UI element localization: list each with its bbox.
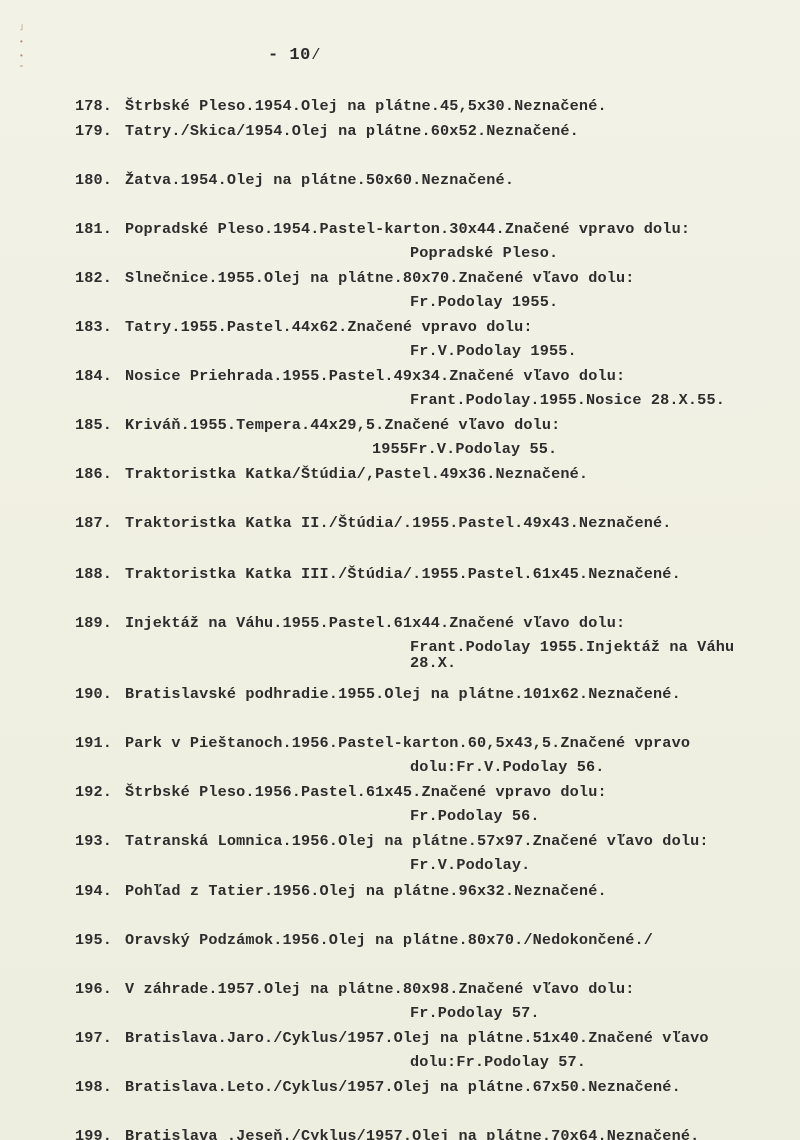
- catalog-entry: 179.Tatry./Skica/1954.Olej na plátne.60x…: [75, 122, 579, 140]
- catalog-entry: 180.Žatva.1954.Olej na plátne.50x60.Nezn…: [75, 171, 514, 189]
- entry-number: 178.: [75, 97, 125, 115]
- entry-signature: Frant.Podolay 1955.Injektáž na Váhu: [410, 638, 734, 656]
- entry-text: Popradské Pleso.1954.Pastel-karton.30x44…: [125, 220, 690, 238]
- catalog-entry: 195.Oravský Podzámok.1956.Olej na plátne…: [75, 931, 653, 949]
- catalog-entry: 197.Bratislava.Jaro./Cyklus/1957.Olej na…: [75, 1029, 709, 1047]
- entry-signature-continued: 28.X.: [410, 654, 456, 672]
- entry-text: Traktoristka Katka II./Štúdia/.1955.Past…: [125, 514, 672, 532]
- margin-mark: ˩: [19, 22, 25, 36]
- entry-number: 190.: [75, 685, 125, 703]
- entry-number: 181.: [75, 220, 125, 238]
- entry-signature: Fr.Podolay 1955.: [410, 293, 558, 311]
- catalog-entry: 199.Bratislava .Jeseň./Cyklus/1957.Olej …: [75, 1127, 699, 1140]
- catalog-entry: 181.Popradské Pleso.1954.Pastel-karton.3…: [75, 220, 690, 238]
- entry-text: Oravský Podzámok.1956.Olej na plátne.80x…: [125, 931, 653, 949]
- entry-text: Tatry./Skica/1954.Olej na plátne.60x52.N…: [125, 122, 579, 140]
- entry-signature: dolu:Fr.V.Podolay 56.: [410, 758, 605, 776]
- entry-number: 180.: [75, 171, 125, 189]
- entry-text: Kriváň.1955.Tempera.44x29,5.Značené vľav…: [125, 416, 560, 434]
- page-number: - 10⁄: [268, 46, 322, 65]
- entry-text: Žatva.1954.Olej na plátne.50x60.Neznačen…: [125, 171, 514, 189]
- entry-number: 192.: [75, 783, 125, 801]
- entry-text: Štrbské Pleso.1956.Pastel.61x45.Značené …: [125, 783, 607, 801]
- entry-number: 197.: [75, 1029, 125, 1047]
- entry-text: Bratislava.Jaro./Cyklus/1957.Olej na plá…: [125, 1029, 709, 1047]
- entry-text: Pohľad z Tatier.1956.Olej na plátne.96x3…: [125, 882, 607, 900]
- entry-number: 179.: [75, 122, 125, 140]
- margin-mark: •: [19, 36, 25, 50]
- entry-number: 196.: [75, 980, 125, 998]
- catalog-entry: 198.Bratislava.Leto./Cyklus/1957.Olej na…: [75, 1078, 681, 1096]
- margin-mark: ˭: [19, 64, 25, 78]
- catalog-entry: 193.Tatranská Lomnica.1956.Olej na plátn…: [75, 832, 709, 850]
- entry-number: 195.: [75, 931, 125, 949]
- entry-number: 184.: [75, 367, 125, 385]
- margin-mark: •: [19, 50, 25, 64]
- catalog-entry: 191.Park v Pieštanoch.1956.Pastel-karton…: [75, 734, 690, 752]
- catalog-entry: 182.Slnečnice.1955.Olej na plátne.80x70.…: [75, 269, 635, 287]
- catalog-entry: 178.Štrbské Pleso.1954.Olej na plátne.45…: [75, 97, 607, 115]
- entry-signature: Fr.V.Podolay 1955.: [410, 342, 577, 360]
- entry-number: 199.: [75, 1127, 125, 1140]
- entry-number: 186.: [75, 465, 125, 483]
- entry-signature: Fr.V.Podolay.: [410, 856, 530, 874]
- entry-signature: 1955Fr.V.Podolay 55.: [372, 440, 557, 458]
- entry-text: Tatranská Lomnica.1956.Olej na plátne.57…: [125, 832, 709, 850]
- entry-signature: Fr.Podolay 56.: [410, 807, 540, 825]
- entry-text: V záhrade.1957.Olej na plátne.80x98.Znač…: [125, 980, 635, 998]
- catalog-entry: 194.Pohľad z Tatier.1956.Olej na plátne.…: [75, 882, 607, 900]
- entry-number: 194.: [75, 882, 125, 900]
- catalog-entry: 185.Kriváň.1955.Tempera.44x29,5.Značené …: [75, 416, 560, 434]
- catalog-entry: 184.Nosice Priehrada.1955.Pastel.49x34.Z…: [75, 367, 625, 385]
- catalog-entry: 196.V záhrade.1957.Olej na plátne.80x98.…: [75, 980, 635, 998]
- entry-signature: Fr.Podolay 57.: [410, 1004, 540, 1022]
- entry-text: Nosice Priehrada.1955.Pastel.49x34.Znače…: [125, 367, 625, 385]
- entry-text: Traktoristka Katka/Štúdia/,Pastel.49x36.…: [125, 465, 588, 483]
- entry-text: Bratislavské podhradie.1955.Olej na plát…: [125, 685, 681, 703]
- catalog-entry: 190.Bratislavské podhradie.1955.Olej na …: [75, 685, 681, 703]
- entry-signature: Frant.Podolay.1955.Nosice 28.X.55.: [410, 391, 725, 409]
- typewritten-page: ˩ • • ˭ - 10⁄ 178.Štrbské Pleso.1954.Ole…: [0, 0, 800, 1140]
- entry-text: Štrbské Pleso.1954.Olej na plátne.45,5x3…: [125, 97, 607, 115]
- entry-number: 191.: [75, 734, 125, 752]
- entry-text: Park v Pieštanoch.1956.Pastel-karton.60,…: [125, 734, 690, 752]
- entry-signature: Popradské Pleso.: [410, 244, 558, 262]
- catalog-entry: 188.Traktoristka Katka III./Štúdia/.1955…: [75, 565, 681, 583]
- entry-text: Injektáž na Váhu.1955.Pastel.61x44.Znače…: [125, 614, 625, 632]
- entry-number: 193.: [75, 832, 125, 850]
- catalog-entry: 189.Injektáž na Váhu.1955.Pastel.61x44.Z…: [75, 614, 625, 632]
- entry-number: 198.: [75, 1078, 125, 1096]
- catalog-entry: 192.Štrbské Pleso.1956.Pastel.61x45.Znač…: [75, 783, 607, 801]
- margin-punch-marks: ˩ • • ˭: [19, 22, 25, 78]
- entry-number: 187.: [75, 514, 125, 532]
- entry-number: 182.: [75, 269, 125, 287]
- entry-signature: dolu:Fr.Podolay 57.: [410, 1053, 586, 1071]
- entry-text: Tatry.1955.Pastel.44x62.Značené vpravo d…: [125, 318, 533, 336]
- entry-text: Slnečnice.1955.Olej na plátne.80x70.Znač…: [125, 269, 635, 287]
- entry-number: 185.: [75, 416, 125, 434]
- catalog-entry: 183.Tatry.1955.Pastel.44x62.Značené vpra…: [75, 318, 533, 336]
- entry-number: 183.: [75, 318, 125, 336]
- entry-number: 188.: [75, 565, 125, 583]
- catalog-entry: 187.Traktoristka Katka II./Štúdia/.1955.…: [75, 514, 672, 532]
- entry-text: Bratislava.Leto./Cyklus/1957.Olej na plá…: [125, 1078, 681, 1096]
- entry-text: Bratislava .Jeseň./Cyklus/1957.Olej na p…: [125, 1127, 699, 1140]
- entry-number: 189.: [75, 614, 125, 632]
- entry-text: Traktoristka Katka III./Štúdia/.1955.Pas…: [125, 565, 681, 583]
- catalog-entry: 186.Traktoristka Katka/Štúdia/,Pastel.49…: [75, 465, 588, 483]
